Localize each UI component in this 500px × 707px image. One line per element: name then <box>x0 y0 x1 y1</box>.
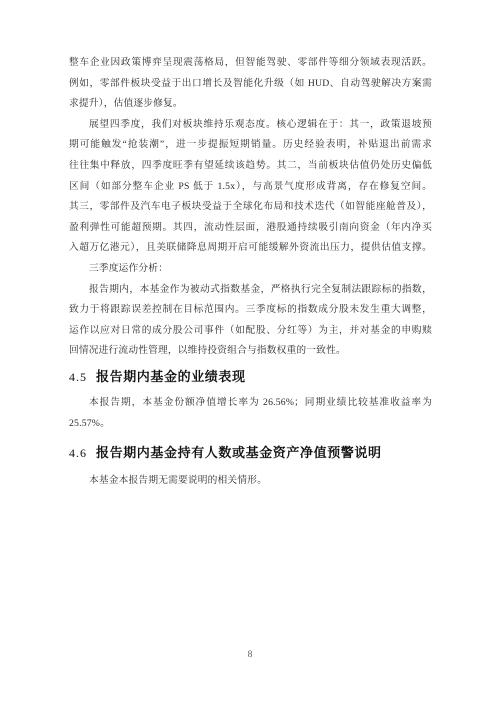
paragraph-q3-analysis-label: 三季度运作分析： <box>69 259 432 280</box>
text-line: 本报告期，本基金份额净值增长率为 26.56%；同期业绩比较基准收益率为 <box>69 393 432 414</box>
text-line: 其三，零部件及汽车电子板块受益于全球化布局和技术迭代（如智能座舱普及）， <box>69 197 432 218</box>
paragraph-warning-note: 本基金本报告期无需要说明的相关情形。 <box>69 471 432 492</box>
section-title: 报告期内基金持有人数或基金资产净值预警说明 <box>96 445 382 460</box>
text-line: 致力于将跟踪误差控制在目标范围内。三季度标的指数成分股未发生重大调整， <box>69 300 432 321</box>
paragraph-market-review: 整车企业因政策博弈呈现震荡格局，但智能驾驶、零部件等细分领域表现活跃。 例如，零… <box>69 53 432 115</box>
text-line: 25.57%。 <box>69 414 432 435</box>
text-line: 三季度运作分析： <box>69 259 432 280</box>
paragraph-outlook: 展望四季度，我们对板块维持乐观态度。核心逻辑在于：其一，政策退坡预 期可能触发“… <box>69 115 432 259</box>
section-heading-4-6: 4.6报告期内基金持有人数或基金资产净值预警说明 <box>69 442 432 463</box>
text-line: 整车企业因政策博弈呈现震荡格局，但智能驾驶、零部件等细分领域表现活跃。 <box>69 53 432 74</box>
text-block: 整车企业因政策博弈呈现震荡格局，但智能驾驶、零部件等细分领域表现活跃。 例如，零… <box>69 53 432 492</box>
report-page: 整车企业因政策博弈呈现震荡格局，但智能驾驶、零部件等细分领域表现活跃。 例如，零… <box>0 0 500 707</box>
text-line: 求提升），估值逐步修复。 <box>69 94 432 115</box>
text-line: 报告期内，本基金作为被动式指数基金，严格执行完全复制法跟踪标的指数， <box>69 280 432 301</box>
text-line: 区间（如部分整车企业 PS 低于 1.5x），与高景气度形成背离，存在修复空间。 <box>69 177 432 198</box>
paragraph-operation: 报告期内，本基金作为被动式指数基金，严格执行完全复制法跟踪标的指数， 致力于将跟… <box>69 280 432 362</box>
text-line: 回情况进行流动性管理，以维持投资组合与指数权重的一致性。 <box>69 341 432 362</box>
text-line: 展望四季度，我们对板块维持乐观态度。核心逻辑在于：其一，政策退坡预 <box>69 115 432 136</box>
text-line: 期可能触发“抢装潮”，进一步提振短期销量。历史经验表明，补贴退出前需求 <box>69 135 432 156</box>
section-title: 报告期内基金的业绩表现 <box>96 369 246 384</box>
text-line: 盈利弹性可能超预期。其四，流动性层面，港股通持续吸引南向资金（年内净买 <box>69 218 432 239</box>
text-line: 本基金本报告期无需要说明的相关情形。 <box>69 471 432 492</box>
section-heading-4-5: 4.5报告期内基金的业绩表现 <box>69 366 432 387</box>
section-number: 4.5 <box>69 370 87 384</box>
text-line: 往往集中释放，四季度旺季有望延续该趋势。其二，当前板块估值仍处历史偏低 <box>69 156 432 177</box>
paragraph-performance: 本报告期，本基金份额净值增长率为 26.56%；同期业绩比较基准收益率为 25.… <box>69 393 432 434</box>
page-number: 8 <box>0 650 500 660</box>
section-number: 4.6 <box>69 446 87 460</box>
text-line: 运作以应对日常的成分股公司事件（如配股、分红等）为主，并对基金的申购赎 <box>69 321 432 342</box>
text-line: 例如，零部件板块受益于出口增长及智能化升级（如 HUD、自动驾驶解决方案需 <box>69 74 432 95</box>
text-line: 入超万亿港元），且美联储降息周期开启可能缓解外资流出压力，提供估值支撑。 <box>69 238 432 259</box>
